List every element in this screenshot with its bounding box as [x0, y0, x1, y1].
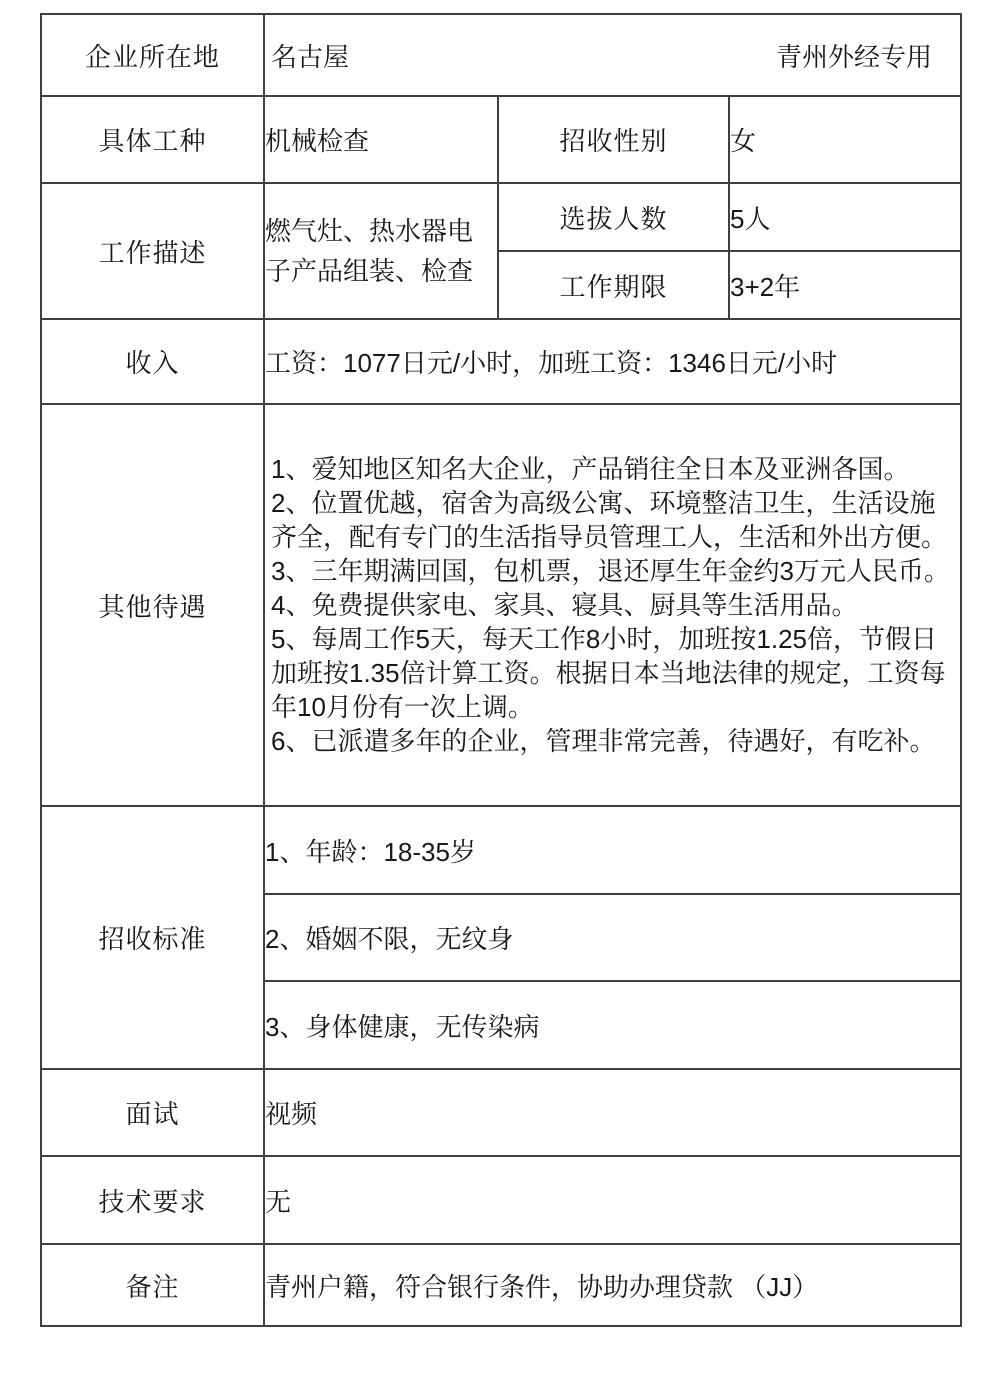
row-remarks: 备注 青州户籍，符合银行条件，协助办理贷款 （JJ） — [41, 1244, 961, 1326]
benefits-list: 1、爱知地区知名大企业，产品销往全日本及亚洲各国。 2、位置优越，宿舍为高级公寓… — [265, 450, 960, 760]
job-desc-value: 燃气灶、热水器电子产品组装、检查 — [264, 183, 498, 319]
benefits-cell: 1、爱知地区知名大企业，产品销往全日本及亚洲各国。 2、位置优越，宿舍为高级公寓… — [264, 404, 961, 806]
row-income: 收入 工资：1077日元/小时，加班工资：1346日元/小时 — [41, 319, 961, 404]
interview-value: 视频 — [264, 1069, 961, 1156]
duration-value: 3+2年 — [729, 251, 961, 319]
row-interview: 面试 视频 — [41, 1069, 961, 1156]
criteria-item-3: 3、身体健康，无传染病 — [264, 981, 961, 1069]
location-value-cell: 名古屋 青州外经专用 — [264, 14, 961, 96]
location-split: 名古屋 青州外经专用 — [265, 37, 960, 74]
headcount-label: 选拔人数 — [498, 183, 729, 251]
benefit-item: 3、三年期满回国，包机票，退还厚生年金约3万元人民币。 — [271, 554, 950, 588]
tech-value: 无 — [264, 1156, 961, 1244]
job-type-value: 机械检查 — [264, 96, 498, 183]
row-job-type: 具体工种 机械检查 招收性别 女 — [41, 96, 961, 183]
benefit-item: 4、免费提供家电、家具、寝具、厨具等生活用品。 — [271, 588, 950, 622]
tech-label: 技术要求 — [41, 1156, 264, 1244]
duration-label: 工作期限 — [498, 251, 729, 319]
headcount-value: 5人 — [729, 183, 961, 251]
income-label: 收入 — [41, 319, 264, 404]
job-desc-label: 工作描述 — [41, 183, 264, 319]
job-type-label: 具体工种 — [41, 96, 264, 183]
location-value: 名古屋 — [271, 37, 349, 74]
criteria-item-2: 2、婚姻不限，无纹身 — [264, 894, 961, 981]
income-value: 工资：1077日元/小时，加班工资：1346日元/小时 — [264, 319, 961, 404]
interview-label: 面试 — [41, 1069, 264, 1156]
benefits-label: 其他待遇 — [41, 404, 264, 806]
stamp-text: 青州外经专用 — [776, 37, 932, 74]
row-tech: 技术要求 无 — [41, 1156, 961, 1244]
job-posting-table: 企业所在地 名古屋 青州外经专用 具体工种 机械检查 招收性别 女 工作描述 燃… — [40, 13, 962, 1327]
row-job-desc: 工作描述 燃气灶、热水器电子产品组装、检查 选拔人数 5人 — [41, 183, 961, 251]
benefit-item: 6、已派遣多年的企业，管理非常完善，待遇好，有吃补。 — [271, 724, 950, 758]
benefit-item: 2、位置优越，宿舍为高级公寓、环境整洁卫生，生活设施齐全，配有专门的生活指导员管… — [271, 486, 950, 554]
gender-label: 招收性别 — [498, 96, 729, 183]
row-criteria-1: 招收标准 1、年龄：18-35岁 — [41, 806, 961, 894]
gender-value: 女 — [729, 96, 961, 183]
benefit-item: 1、爱知地区知名大企业，产品销往全日本及亚洲各国。 — [271, 452, 950, 486]
remarks-value: 青州户籍，符合银行条件，协助办理贷款 （JJ） — [264, 1244, 961, 1326]
criteria-item-1: 1、年龄：18-35岁 — [264, 806, 961, 894]
row-location: 企业所在地 名古屋 青州外经专用 — [41, 14, 961, 96]
criteria-label: 招收标准 — [41, 806, 264, 1069]
location-label: 企业所在地 — [41, 14, 264, 96]
row-benefits: 其他待遇 1、爱知地区知名大企业，产品销往全日本及亚洲各国。 2、位置优越，宿舍… — [41, 404, 961, 806]
benefit-item: 5、每周工作5天，每天工作8小时，加班按1.25倍，节假日加班按1.35倍计算工… — [271, 622, 950, 724]
remarks-label: 备注 — [41, 1244, 264, 1326]
